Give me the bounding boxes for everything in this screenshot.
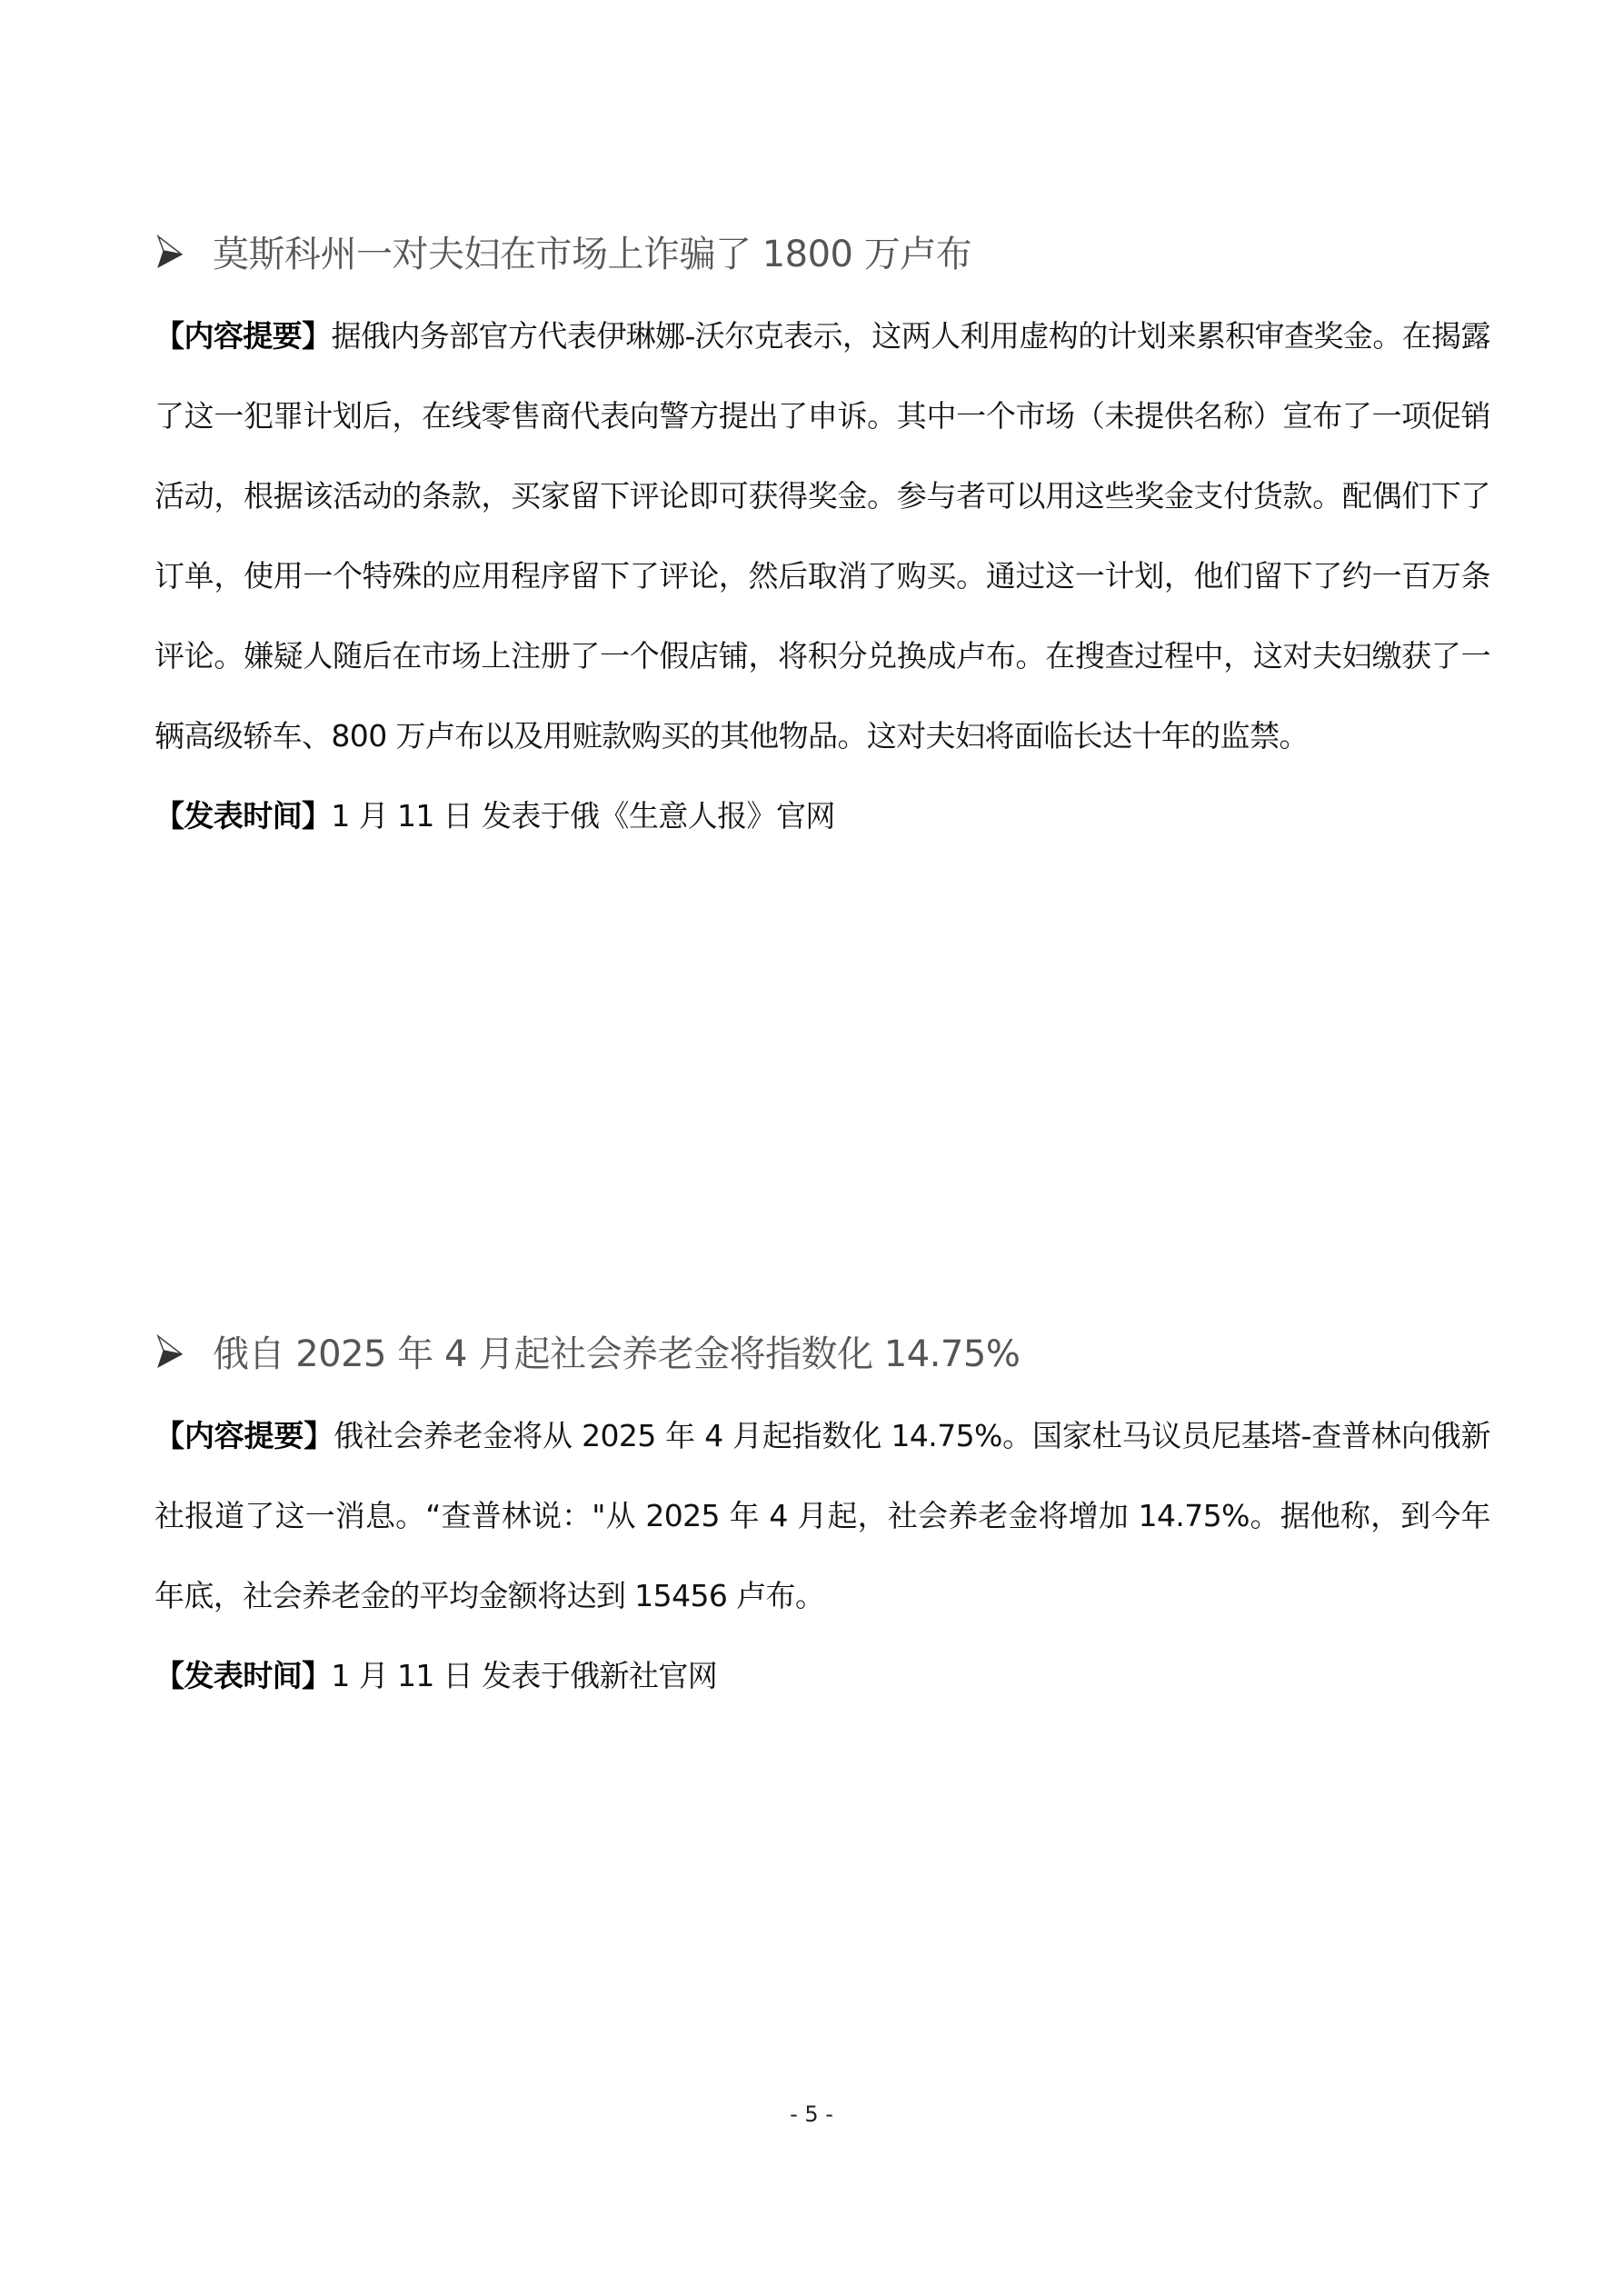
article-publication-info: 【发表时间】1 月 11 日 发表于俄《生意人报》官网 [154, 776, 1490, 856]
summary-text: 俄社会养老金将从 2025 年 4 月起指数化 14.75%。国家杜马议员尼基塔… [154, 1418, 1490, 1613]
publication-label: 【发表时间】 [154, 1658, 331, 1693]
publication-label: 【发表时间】 [154, 798, 331, 834]
article-heading: 俄自 2025 年 4 月起社会养老金将指数化 14.75% [154, 1323, 1490, 1378]
summary-label: 【内容提要】 [154, 318, 332, 354]
article-title: 莫斯科州一对夫妇在市场上诈骗了 1800 万卢布 [213, 225, 971, 277]
arrowhead-bullet-icon [156, 233, 184, 269]
publication-text: 1 月 11 日 发表于俄《生意人报》官网 [331, 798, 834, 834]
page-number: - 5 - [0, 2101, 1623, 2127]
news-article-2: 俄自 2025 年 4 月起社会养老金将指数化 14.75% 【内容提要】俄社会… [154, 1323, 1490, 1716]
document-page: 莫斯科州一对夫妇在市场上诈骗了 1800 万卢布 【内容提要】据俄内务部官方代表… [0, 0, 1623, 2296]
article-summary: 【内容提要】俄社会养老金将从 2025 年 4 月起指数化 14.75%。国家杜… [154, 1396, 1490, 1636]
summary-text: 据俄内务部官方代表伊琳娜-沃尔克表示，这两人利用虚构的计划来累积审查奖金。在揭露… [154, 318, 1490, 754]
publication-text: 1 月 11 日 发表于俄新社官网 [331, 1658, 717, 1693]
article-publication-info: 【发表时间】1 月 11 日 发表于俄新社官网 [154, 1636, 1490, 1716]
news-article-1: 莫斯科州一对夫妇在市场上诈骗了 1800 万卢布 【内容提要】据俄内务部官方代表… [154, 224, 1490, 856]
article-title: 俄自 2025 年 4 月起社会养老金将指数化 14.75% [213, 1325, 1020, 1377]
article-summary: 【内容提要】据俄内务部官方代表伊琳娜-沃尔克表示，这两人利用虚构的计划来累积审查… [154, 296, 1490, 776]
arrowhead-bullet-icon [156, 1333, 184, 1369]
summary-label: 【内容提要】 [154, 1418, 334, 1453]
article-heading: 莫斯科州一对夫妇在市场上诈骗了 1800 万卢布 [154, 224, 1490, 278]
